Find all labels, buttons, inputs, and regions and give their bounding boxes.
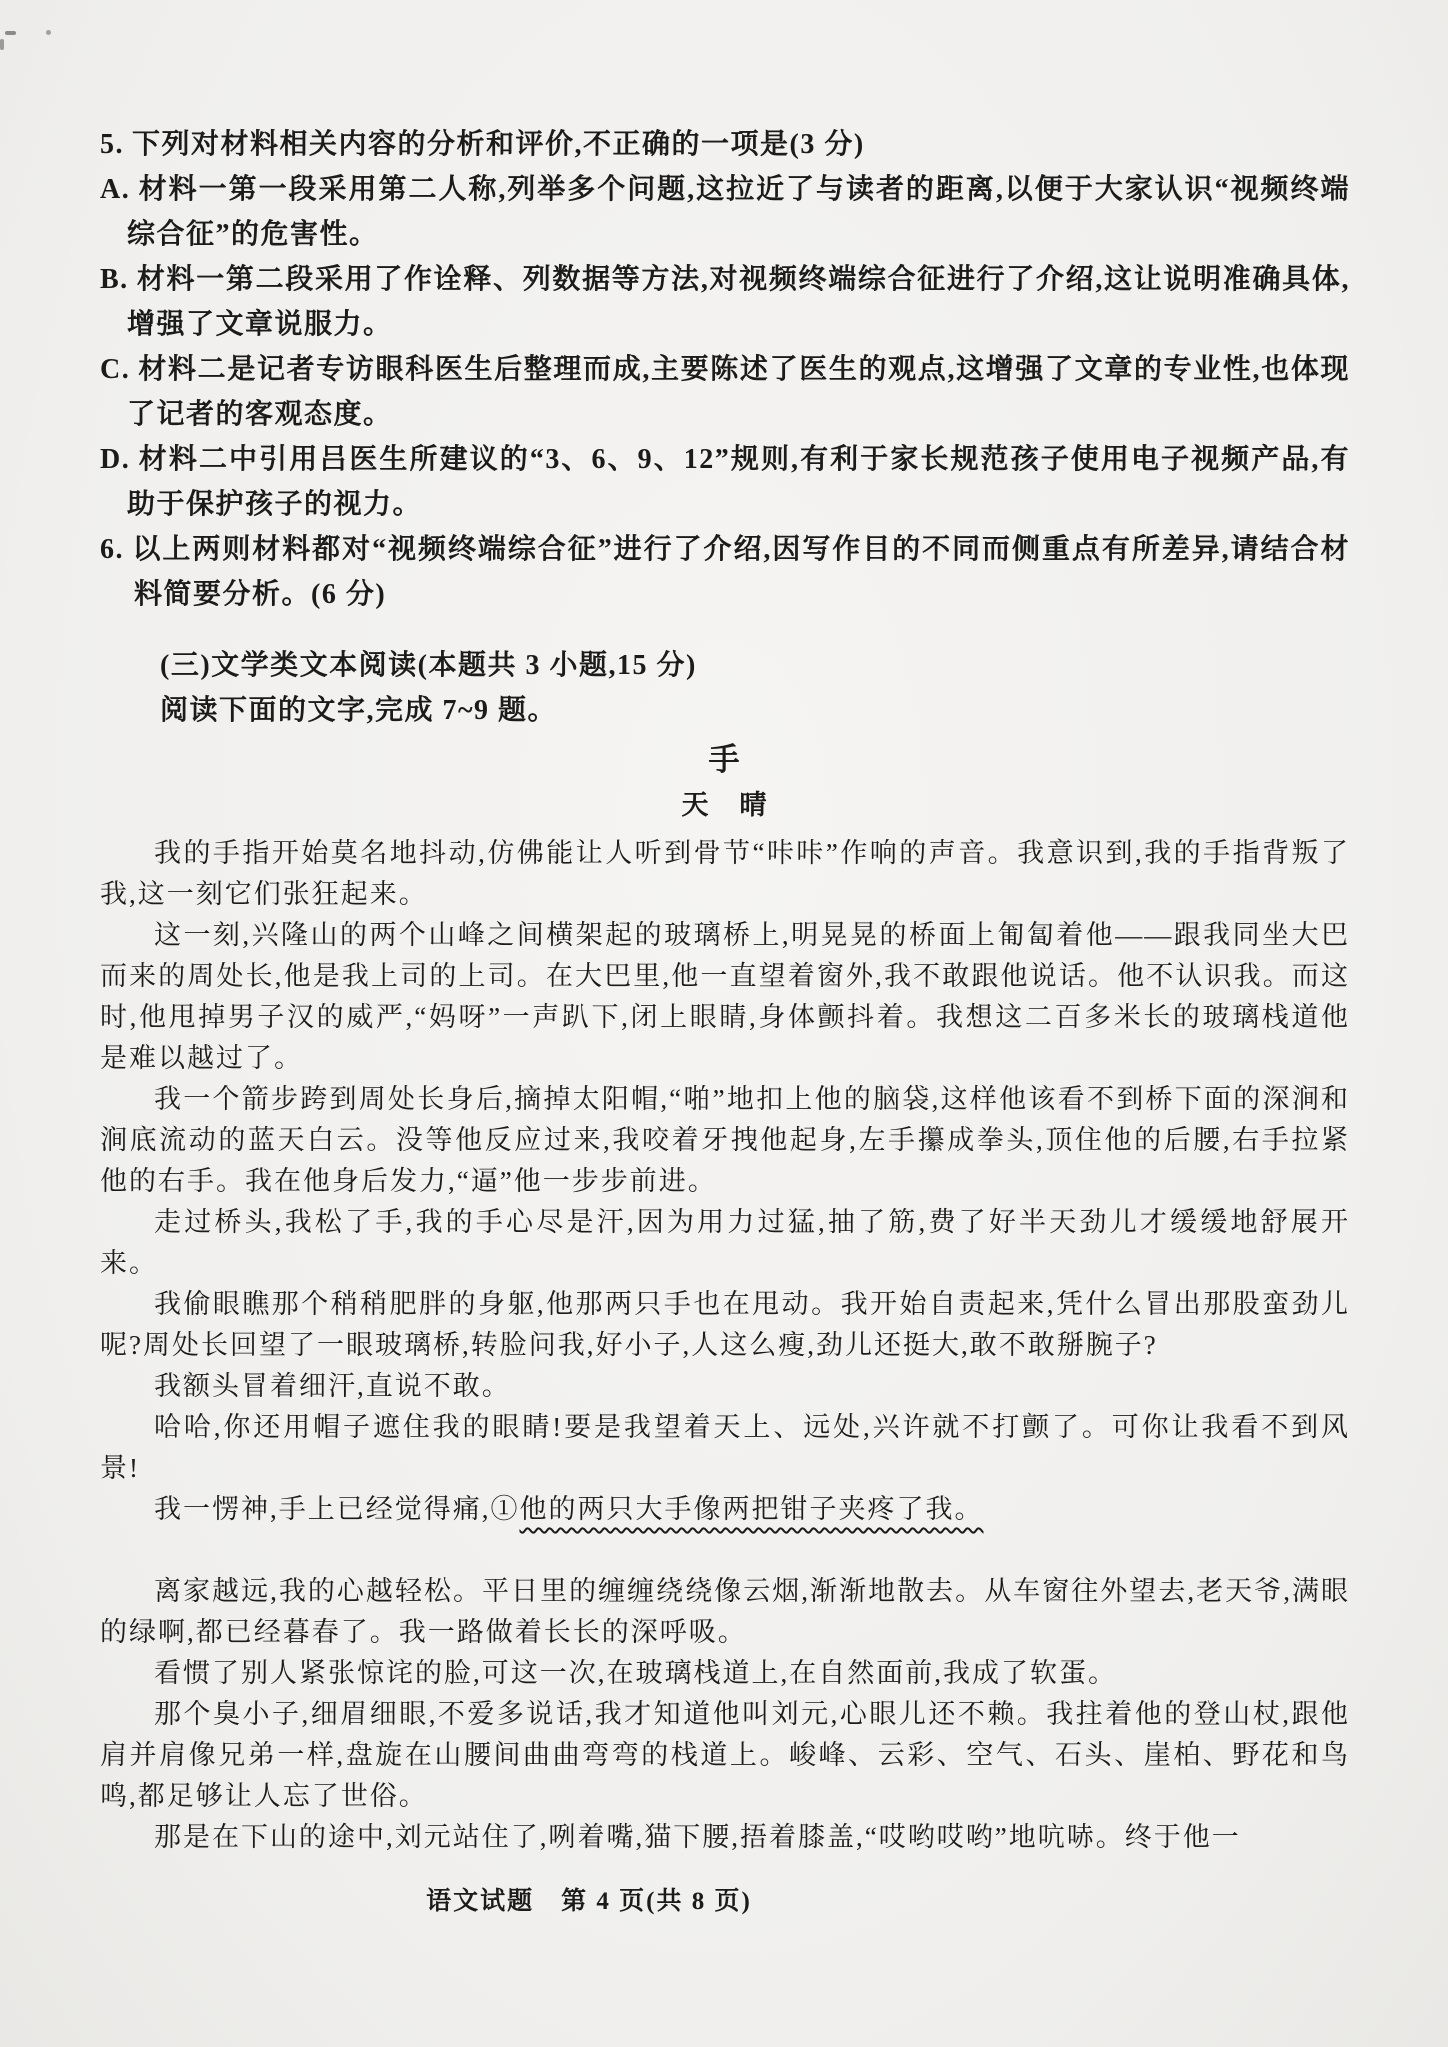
passage-paragraph: 我偷眼瞧那个稍稍肥胖的身躯,他那两只手也在甩动。我开始自责起来,凭什么冒出那股蛮… (100, 1284, 1350, 1366)
option-c-text: 材料二是记者专访眼科医生后整理而成,主要陈述了医生的观点,这增强了文章的专业性,… (127, 354, 1350, 430)
wavy-underlined-sentence: 他的两只大手像两把钳子夹疼了我。 (520, 1494, 984, 1524)
question-5-option-d: D.材料二中引用吕医生所建议的“3、6、9、12”规则,有利于家长规范孩子使用电… (100, 437, 1350, 527)
reading-section: (三)文学类文本阅读(本题共 3 小题,15 分) 阅读下面的文字,完成 7~9… (100, 643, 1350, 1858)
scan-artifact (0, 39, 4, 50)
section-instruction: 阅读下面的文字,完成 7~9 题。 (160, 688, 1350, 733)
passage-paragraph: 那个臭小子,细眉细眼,不爱多说话,我才知道他叫刘元,心眼儿还不赖。我拄着他的登山… (100, 1694, 1350, 1817)
question-6-number: 6. (100, 534, 124, 565)
option-a-text: 材料一第一段采用第二人称,列举多个问题,这拉近了与读者的距离,以便于大家认识“视… (127, 174, 1350, 250)
option-d-label: D. (100, 444, 130, 475)
passage-paragraph: 我一个箭步跨到周处长身后,摘掉太阳帽,“啪”地扣上他的脑袋,这样他该看不到桥下面… (100, 1079, 1350, 1202)
passage-paragraph: 走过桥头,我松了手,我的手心尽是汗,因为用力过猛,抽了筋,费了好半天劲儿才缓缓地… (100, 1202, 1350, 1284)
passage-paragraph: 我的手指开始莫名地抖动,仿佛能让人听到骨节“咔咔”作响的声音。我意识到,我的手指… (100, 833, 1350, 915)
question-block: 5.下列对材料相关内容的分析和评价,不正确的一项是(3 分) A.材料一第一段采… (100, 122, 1350, 617)
question-5-number: 5. (100, 129, 124, 160)
passage-paragraph: 哈哈,你还用帽子遮住我的眼睛!要是我望着天上、远处,兴许就不打颤了。可你让我看不… (100, 1407, 1350, 1489)
passage-author: 天 晴 (100, 783, 1350, 827)
scan-artifact (5, 31, 16, 35)
passage-title: 手 (100, 737, 1350, 783)
passage-paragraph: 我额头冒着细汗,直说不敢。 (100, 1366, 1350, 1407)
question-5-option-a: A.材料一第一段采用第二人称,列举多个问题,这拉近了与读者的距离,以便于大家认识… (100, 167, 1350, 257)
page-content: 5.下列对材料相关内容的分析和评价,不正确的一项是(3 分) A.材料一第一段采… (100, 122, 1350, 1858)
passage-paragraph: 那是在下山的途中,刘元站住了,咧着嘴,猫下腰,捂着膝盖,“哎哟哎哟”地吭哧。终于… (100, 1817, 1350, 1858)
passage-paragraph-marked: 我一愣神,手上已经觉得痛,①他的两只大手像两把钳子夹疼了我。 (100, 1489, 1350, 1530)
question-5-text: 下列对材料相关内容的分析和评价,不正确的一项是(3 分) (132, 129, 865, 160)
passage-paragraph: 离家越远,我的心越轻松。平日里的缠缠绕绕像云烟,渐渐地散去。从车窗往外望去,老天… (100, 1571, 1350, 1653)
option-a-label: A. (100, 174, 130, 205)
option-b-text: 材料一第二段采用了作诠释、列数据等方法,对视频终端综合征进行了介绍,这让说明准确… (127, 264, 1350, 340)
question-6-text: 以上两则材料都对“视频终端综合征”进行了介绍,因写作目的不同而侧重点有所差异,请… (132, 534, 1350, 610)
option-d-text: 材料二中引用吕医生所建议的“3、6、9、12”规则,有利于家长规范孩子使用电子视… (127, 444, 1350, 520)
exam-scan-page: 5.下列对材料相关内容的分析和评价,不正确的一项是(3 分) A.材料一第一段采… (0, 0, 1448, 2047)
option-b-label: B. (100, 264, 129, 295)
section-heading: (三)文学类文本阅读(本题共 3 小题,15 分) (160, 643, 1350, 688)
question-5-stem: 5.下列对材料相关内容的分析和评价,不正确的一项是(3 分) (100, 122, 1350, 167)
passage-paragraph: 这一刻,兴隆山的两个山峰之间横架起的玻璃桥上,明晃晃的桥面上匍匐着他——跟我同坐… (100, 915, 1350, 1079)
page-footer: 语文试题 第 4 页(共 8 页) (0, 1881, 1313, 1917)
question-5-option-c: C.材料二是记者专访眼科医生后整理而成,主要陈述了医生的观点,这增强了文章的专业… (100, 347, 1350, 437)
passage-paragraph: 看惯了别人紧张惊诧的脸,可这一次,在玻璃栈道上,在自然面前,我成了软蛋。 (100, 1653, 1350, 1694)
marked-sentence-lead: 我一愣神,手上已经觉得痛,① (154, 1494, 520, 1524)
scan-artifact (46, 30, 51, 35)
option-c-label: C. (100, 354, 130, 385)
question-6: 6.以上两则材料都对“视频终端综合征”进行了介绍,因写作目的不同而侧重点有所差异… (100, 527, 1350, 617)
passage-body: 我的手指开始莫名地抖动,仿佛能让人听到骨节“咔咔”作响的声音。我意识到,我的手指… (100, 833, 1350, 1858)
question-5-option-b: B.材料一第二段采用了作诠释、列数据等方法,对视频终端综合征进行了介绍,这让说明… (100, 257, 1350, 347)
